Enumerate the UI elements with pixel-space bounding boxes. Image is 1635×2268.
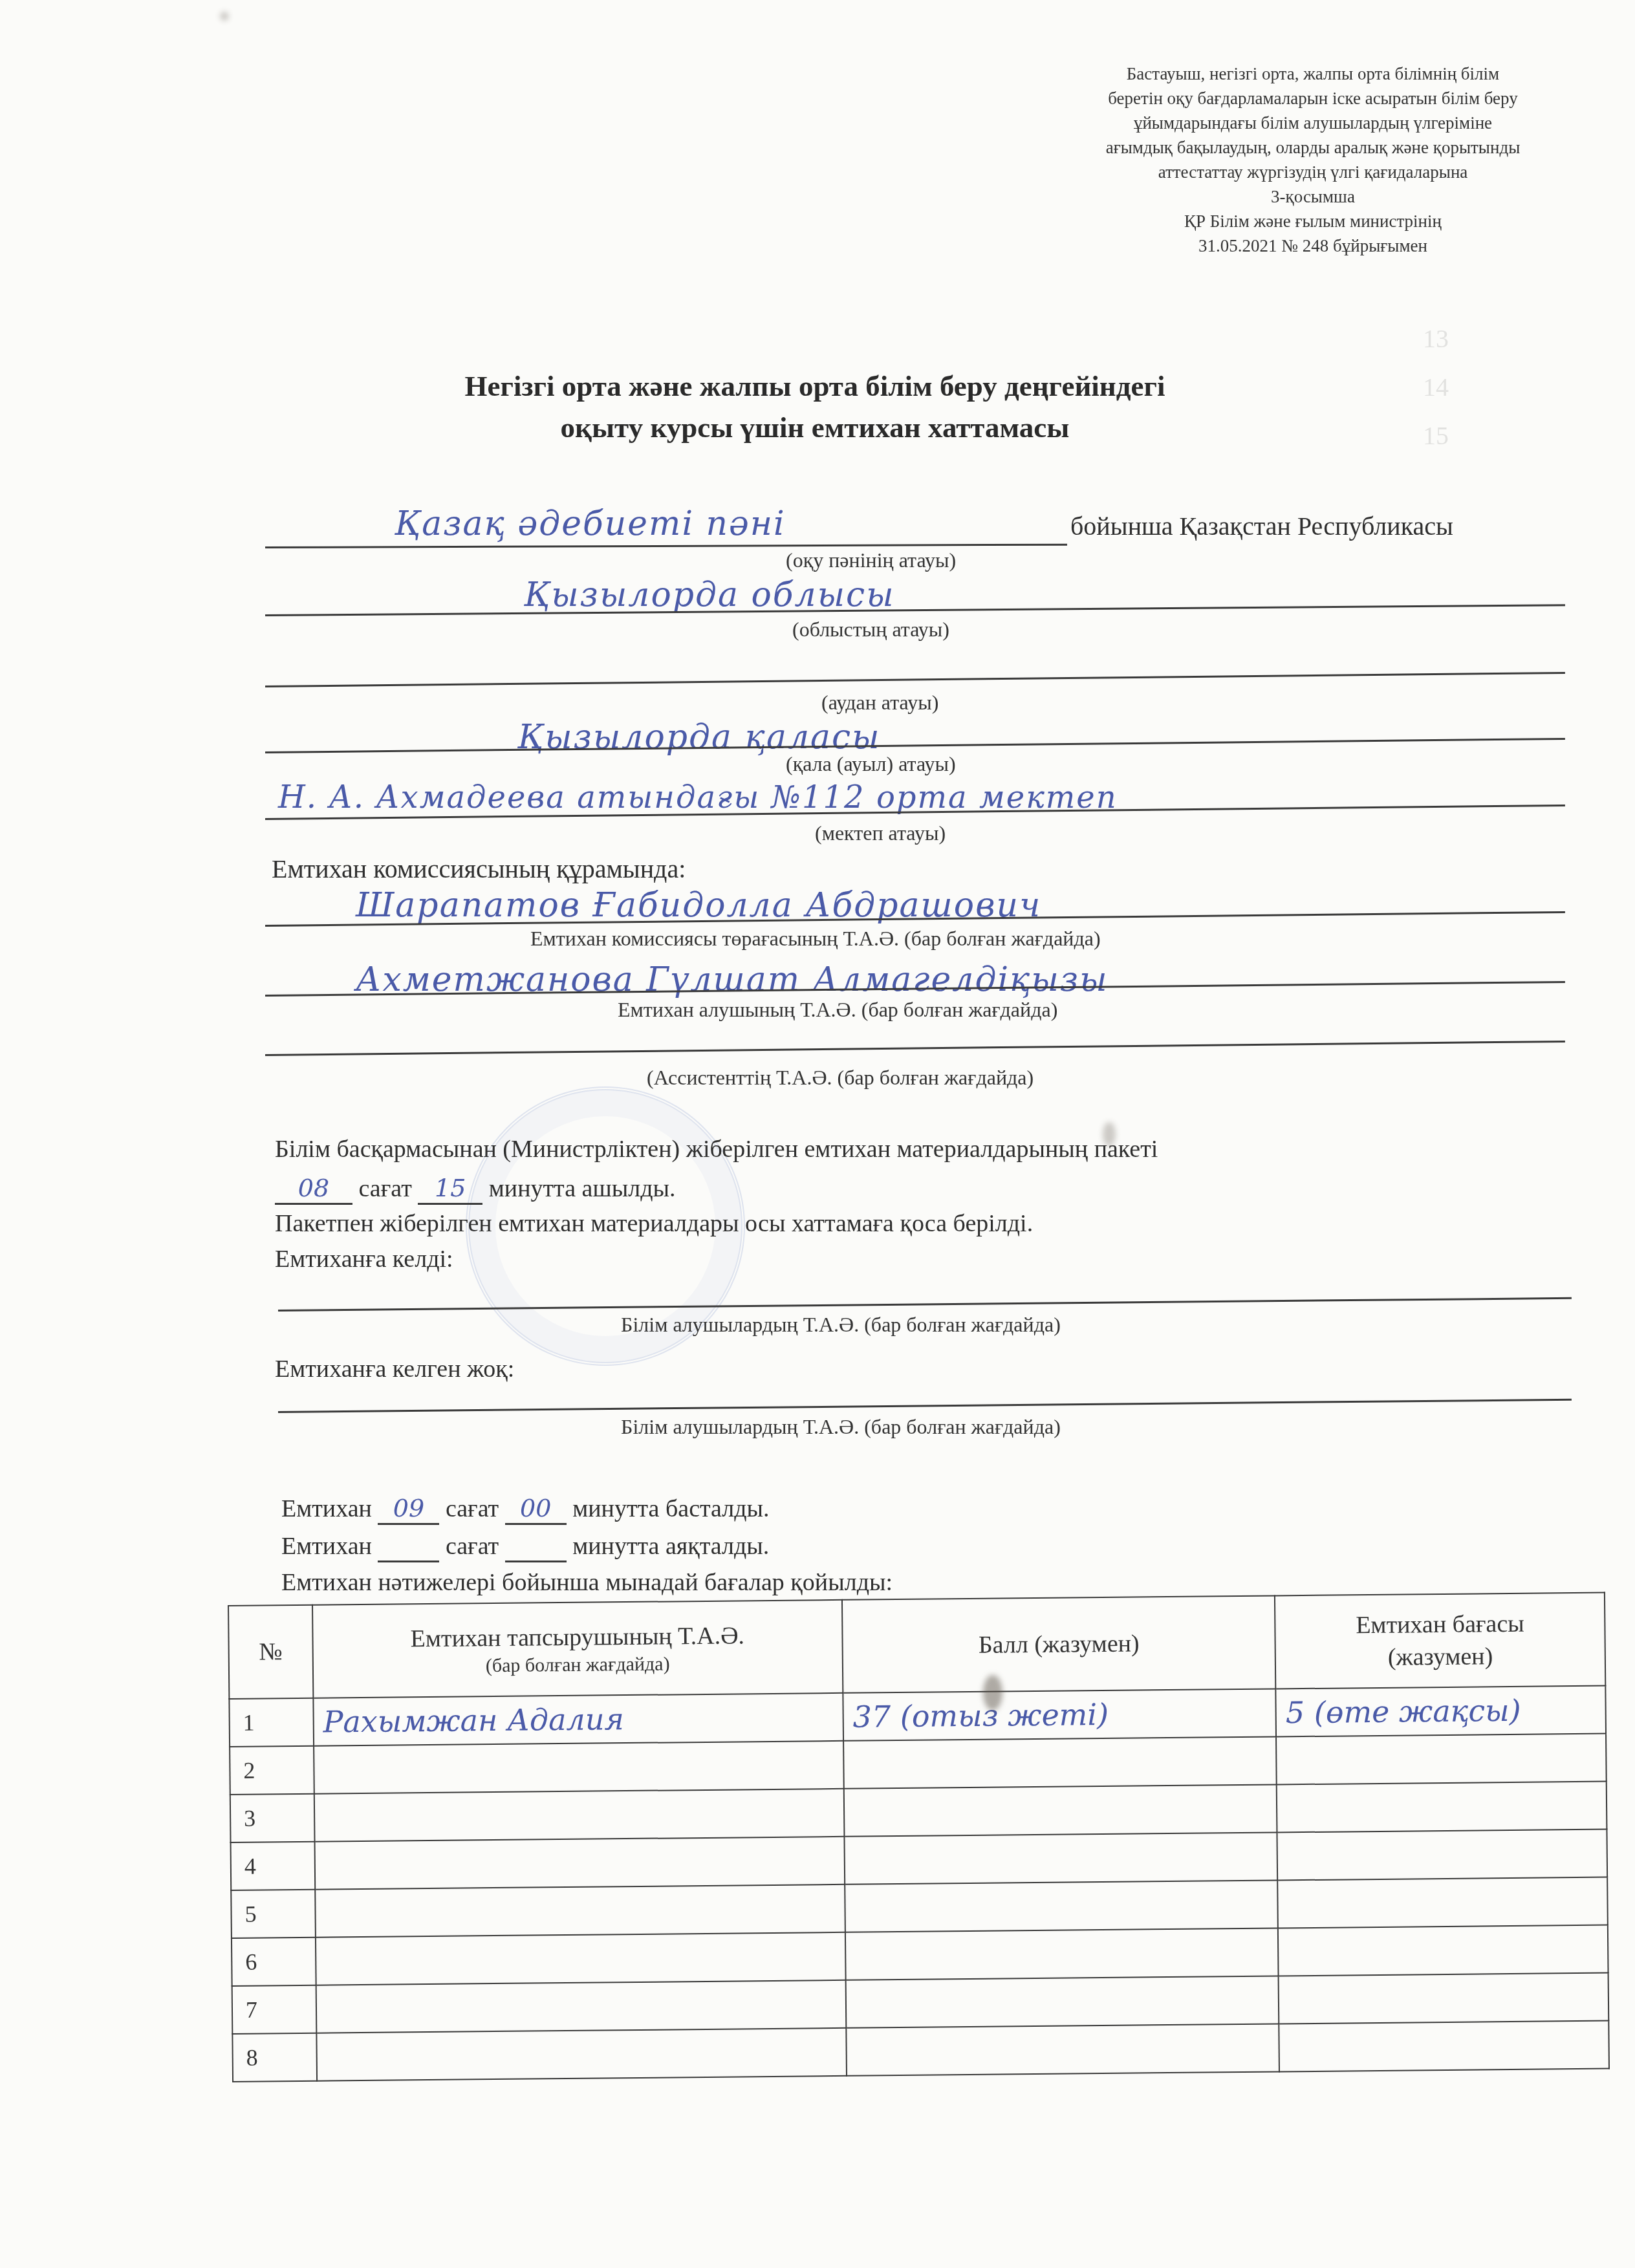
absent-underline xyxy=(278,1399,1572,1413)
row-number: 5 xyxy=(231,1890,315,1938)
grade-cell[interactable]: 5 (өте жақсы) xyxy=(1276,1686,1606,1737)
assistant-underline xyxy=(265,1041,1565,1056)
opened-hour-field[interactable]: 08 xyxy=(275,1174,352,1205)
present-underline xyxy=(278,1297,1572,1312)
col-header-name: Емтихан тапсырушының Т.А.Ә. (бар болған … xyxy=(312,1600,843,1698)
package-opened-line: 08 сағат 15 минутта ашылды. xyxy=(275,1174,676,1205)
district-underline xyxy=(265,672,1565,687)
package-line: Білім басқармасынан (Министрліктен) жібе… xyxy=(275,1135,1158,1163)
results-header-row: № Емтихан тапсырушының Т.А.Ә. (бар болға… xyxy=(228,1593,1605,1699)
end-suffix: минутта аяқталды. xyxy=(572,1533,769,1560)
col-header-name-sub: (бар болған жағдайда) xyxy=(314,1651,842,1679)
student-name-cell[interactable] xyxy=(316,2028,847,2081)
score-cell[interactable] xyxy=(845,1880,1278,1932)
score-cell[interactable] xyxy=(845,1928,1279,1980)
row-number: 6 xyxy=(232,1938,316,1986)
row-number: 2 xyxy=(230,1746,314,1795)
exam-end-line: Емтихан сағат минутта аяқталды. xyxy=(281,1531,769,1562)
results-table: № Емтихан тапсырушының Т.А.Ә. (бар болға… xyxy=(228,1592,1610,2082)
header-line: ұйымдарындағы білім алушылардың үлгерімі… xyxy=(1035,111,1591,135)
ink-smudge xyxy=(220,12,229,21)
col-header-grade: Емтихан бағасы (жазумен) xyxy=(1275,1593,1605,1689)
subject-field[interactable]: Қазақ әдебиеті пәні xyxy=(395,504,786,543)
hour-label: сағат xyxy=(446,1533,499,1560)
district-caption: (аудан атауы) xyxy=(821,691,938,715)
student-name-cell[interactable] xyxy=(314,1837,845,1890)
region-underline xyxy=(265,604,1565,616)
bleed-through-mark: 14 xyxy=(1423,372,1449,402)
grade-cell[interactable] xyxy=(1276,1734,1606,1785)
header-line: Бастауыш, негізгі орта, жалпы орта білім… xyxy=(1035,61,1591,86)
score-cell[interactable] xyxy=(843,1736,1277,1788)
student-name-cell[interactable] xyxy=(316,1980,846,2033)
row-number: 8 xyxy=(232,2033,316,2082)
header-line: ағымдық бақылаудың, оларды аралық және қ… xyxy=(1035,135,1591,160)
row-number: 4 xyxy=(231,1842,315,1890)
header-annex-note: Бастауыш, негізгі орта, жалпы орта білім… xyxy=(1035,61,1591,258)
commission-heading: Емтихан комиссиясының құрамында: xyxy=(272,854,686,884)
header-line: ҚР Білім және ғылым министрінің xyxy=(1035,209,1591,233)
absent-label: Емтиханға келген жоқ: xyxy=(275,1355,514,1383)
grade-cell[interactable] xyxy=(1277,1782,1607,1833)
start-minute-field[interactable]: 00 xyxy=(505,1494,567,1525)
city-field[interactable]: Қызылорда қаласы xyxy=(517,718,881,757)
header-line: 31.05.2021 № 248 бұйрығымен xyxy=(1035,233,1591,258)
row-number: 7 xyxy=(232,1985,316,2034)
present-caption: Білім алушылардың Т.А.Ә. (бар болған жағ… xyxy=(621,1313,1061,1337)
student-name-cell[interactable] xyxy=(314,1789,845,1842)
title-line-2: оқыту курсы үшін емтихан хаттамасы xyxy=(323,407,1306,448)
hour-label: сағат xyxy=(359,1175,412,1202)
document-title: Негізгі орта және жалпы орта білім беру … xyxy=(323,365,1306,448)
score-cell[interactable] xyxy=(844,1832,1277,1884)
score-cell[interactable] xyxy=(846,2024,1279,2075)
examiner-caption: Емтихан алушының Т.А.Ә. (бар болған жағд… xyxy=(618,998,1057,1022)
city-underline xyxy=(265,738,1565,753)
exam-label: Емтихан xyxy=(281,1495,372,1522)
hour-label: сағат xyxy=(446,1495,499,1522)
ink-smudge xyxy=(983,1675,1002,1711)
row-number: 3 xyxy=(230,1794,314,1842)
student-name-cell[interactable] xyxy=(315,1885,845,1938)
chair-caption: Емтихан комиссиясы төрағасының Т.А.Ә. (б… xyxy=(530,927,1101,951)
subject-suffix: бойынша Қазақстан Республикасы xyxy=(1070,511,1453,541)
start-suffix: минутта басталды. xyxy=(572,1495,769,1522)
row-number: 1 xyxy=(229,1698,313,1747)
package-attached: Пакетпен жіберілген емтихан материалдары… xyxy=(275,1209,1033,1238)
bleed-through-mark: 13 xyxy=(1423,323,1449,354)
city-caption: (қала (ауыл) атауы) xyxy=(786,752,956,776)
assistant-caption: (Ассистенттің Т.А.Ә. (бар болған жағдайд… xyxy=(647,1066,1034,1090)
grade-cell[interactable] xyxy=(1277,1830,1607,1881)
start-hour-field[interactable]: 09 xyxy=(378,1494,439,1525)
absent-caption: Білім алушылардың Т.А.Ә. (бар болған жағ… xyxy=(621,1415,1061,1439)
header-line: 3-қосымша xyxy=(1035,184,1591,209)
present-label: Емтиханға келді: xyxy=(275,1245,453,1273)
col-header-num: № xyxy=(228,1605,313,1699)
region-caption: (облыстың атауы) xyxy=(792,618,949,642)
exam-start-line: Емтихан 09 сағат 00 минутта басталды. xyxy=(281,1494,770,1525)
student-name-cell[interactable] xyxy=(316,1932,846,1985)
end-minute-field[interactable] xyxy=(505,1531,567,1562)
region-field[interactable]: Қызылорда облысы xyxy=(524,576,894,614)
score-cell[interactable] xyxy=(844,1784,1277,1836)
score-cell[interactable]: 37 (отыз жеті) xyxy=(843,1689,1276,1740)
title-line-1: Негізгі орта және жалпы орта білім беру … xyxy=(323,365,1306,407)
col-header-name-text: Емтихан тапсырушының Т.А.Ә. xyxy=(410,1622,744,1652)
school-caption: (мектеп атауы) xyxy=(815,821,946,845)
subject-underline xyxy=(265,544,1067,548)
bleed-through-mark: 15 xyxy=(1423,420,1449,451)
grade-cell[interactable] xyxy=(1279,1973,1608,2024)
col-header-score: Балл (жазумен) xyxy=(842,1595,1276,1692)
student-name-cell[interactable]: Рахымжан Адалия xyxy=(313,1693,843,1746)
end-hour-field[interactable] xyxy=(378,1531,439,1562)
opened-minute-field[interactable]: 15 xyxy=(418,1174,482,1205)
score-cell[interactable] xyxy=(846,1976,1279,2027)
grade-cell[interactable] xyxy=(1277,1877,1607,1928)
opened-suffix: минутта ашылды. xyxy=(489,1175,676,1202)
student-name-cell[interactable] xyxy=(314,1741,844,1794)
exam-label: Емтихан xyxy=(281,1533,372,1560)
subject-caption: (оқу пәнінің атауы) xyxy=(786,548,956,572)
ink-smudge xyxy=(1103,1122,1116,1147)
results-intro: Емтихан нәтижелері бойынша мынадай бағал… xyxy=(281,1568,893,1597)
header-line: беретін оқу бағдарламаларын іске асыраты… xyxy=(1035,86,1591,111)
header-line: аттестаттау жүргізудің үлгі қағидаларына xyxy=(1035,160,1591,184)
grade-cell[interactable] xyxy=(1279,2021,1609,2072)
grade-cell[interactable] xyxy=(1278,1925,1608,1976)
